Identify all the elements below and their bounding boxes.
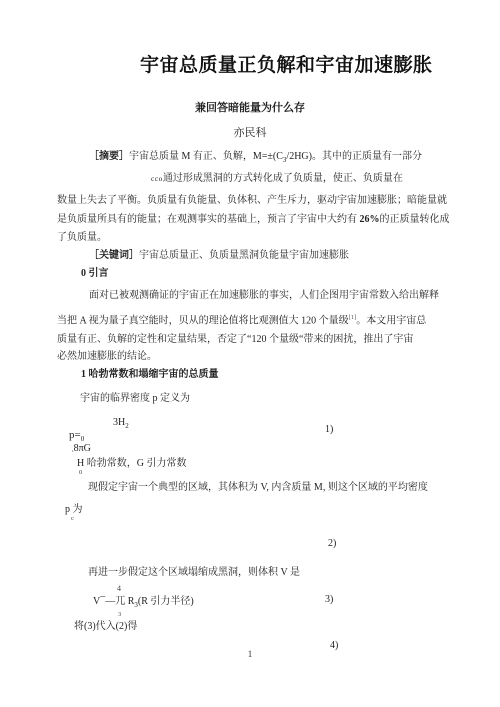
abstract-line-4-pre: 是负质量所具有的能量；在观测事实的基础上，预言了宇宙中大约有 xyxy=(57,214,360,225)
equation-1-exponent: 2 xyxy=(125,422,129,430)
constants-text: 哈勃常数，G 引力常数 xyxy=(84,458,186,469)
abstract-line-2-text: 通过形成黑洞的方式转化成了负质量，使正、负质量在 xyxy=(163,173,403,184)
equation-1-lhs-text: p= xyxy=(69,429,81,441)
rho-subscript: c xyxy=(71,515,74,522)
abstract-percentage: 26% xyxy=(360,214,380,225)
abstract-line-4: 是负质量所具有的能量；在观测事实的基础上，预言了宇宙中大约有 26%的正质量转化… xyxy=(57,213,450,227)
abstract-line-2-small-symbol: cco xyxy=(151,174,163,183)
equation-1-denominator-text: 8πG xyxy=(74,443,91,454)
section-0-line-2: 当把 A 视为量子真空能时，贝从的理论值将比观测值大 120 个量级[1]。本文… xyxy=(57,311,426,328)
keywords-text: 宇宙总质量正、负质量黑洞负能量宇宙加速膨胀 xyxy=(139,250,349,261)
abstract-line-1-pre: 宇宙总质量 M 有正、负解，M=±(C xyxy=(129,151,283,162)
abstract-line-1-post: /2HG)。其中的正质量有一部分 xyxy=(286,151,422,162)
abstract-line-4-post: 的正质量转化成 xyxy=(380,214,450,225)
section-0-line-2-pre: 当把 A 视为量子真空能时，贝从的理论值将比观测值大 120 个量级 xyxy=(57,315,349,326)
substitute-line: 将(3)代入(2)得 xyxy=(74,620,137,634)
average-density-text: 为 xyxy=(70,504,83,515)
equation-3-number: 3) xyxy=(325,594,333,605)
equation-3-fraction-denominator: 3 xyxy=(118,611,121,618)
document-page: 宇宙总质量正负解和宇宙加速膨胀 兼回答暗能量为什么存 亦民科 ［摘要］宇宙总质量… xyxy=(0,0,500,707)
page-title: 宇宙总质量正负解和宇宙加速膨胀 xyxy=(140,50,433,77)
hubble-constant-subscript: 0 xyxy=(79,469,82,476)
equation-1-numerator-text: 3H xyxy=(113,417,125,428)
page-number: 1 xyxy=(0,649,500,659)
equation-3-body-post: (R 引力半径) xyxy=(138,596,194,607)
equation-3-fraction-numerator: 4 xyxy=(117,584,121,593)
page-subtitle: 兼回答暗能量为什么存 xyxy=(0,99,500,115)
abstract-line-1: ［摘要］宇宙总质量 M 有正、负解，M=±(C3/2HG)。其中的正质量有一部分 xyxy=(89,150,422,167)
section-0-line-2-post: 。本文用宇宙总 xyxy=(356,315,426,326)
section-0-line-4: 必然加速膨胀的结论。 xyxy=(57,350,157,364)
equation-1-numerator: 3H2 xyxy=(113,416,129,433)
abstract-line-5: 了负质量。 xyxy=(57,231,107,245)
section-0-line-1: 面对已被观测确证的宇宙正在加速膨胀的事实，人们企图用宇宙常数入给出解释 xyxy=(89,289,439,303)
assume-region-line: 现假定宇宙一个典型的区域，其体积为 V, 内含质量 M, 则这个区域的平均密度 xyxy=(88,481,428,495)
collapse-blackhole-line: 再进一步假定这个区域塌缩成黑洞，则体积 V 是 xyxy=(88,566,300,580)
section-0-line-3: 质量有正、负解的定性和定量结果，否定了“120 个量级“带来的困扰，推出了宇宙 xyxy=(57,333,413,347)
equation-2-number: 2) xyxy=(328,538,336,549)
critical-density-line: 宇宙的临界密度 p 定义为 xyxy=(80,392,190,406)
equation-1-denominator: ,8πG xyxy=(72,442,91,457)
section-0-heading: 0 引言 xyxy=(81,267,109,281)
abstract-line-3: 数量上失去了平衡。负质量有负能量、负体积、产生斥力，驱动宇宙加速膨胀；暗能量就 xyxy=(57,194,447,208)
equation-3-body: V¯—兀 R3(R 引力半径) xyxy=(93,595,194,612)
author-name: 亦民科 xyxy=(0,124,500,140)
section-1-heading: 1 哈勃常数和塌缩宇宙的总质量 xyxy=(81,368,219,382)
keywords-label: ［关键词］ xyxy=(89,250,139,261)
constants-line: H 哈勃常数，G 引力常数 xyxy=(77,457,186,471)
equation-3-body-pre: V¯—兀 R xyxy=(93,596,134,607)
abstract-label: ［摘要］ xyxy=(89,151,129,162)
equation-1-number: 1) xyxy=(325,424,333,435)
keywords-line: ［关键词］宇宙总质量正、负质量黑洞负能量宇宙加速膨胀 xyxy=(89,249,349,263)
abstract-line-2: cco通过形成黑洞的方式转化成了负质量，使正、负质量在 xyxy=(151,172,403,186)
